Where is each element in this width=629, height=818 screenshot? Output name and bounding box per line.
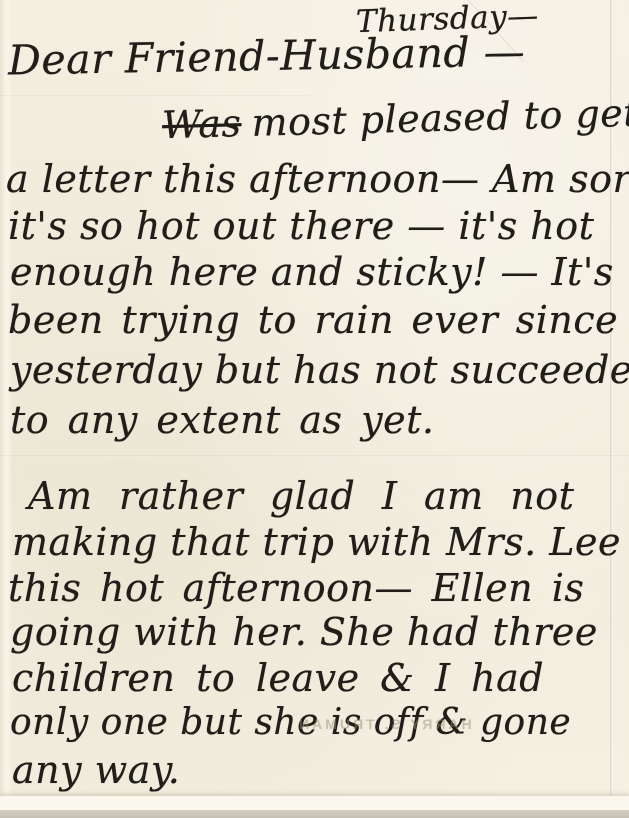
letter-line-text: Am rather glad I am not <box>28 474 574 518</box>
letter-line-text: most pleased to get <box>251 91 629 145</box>
letter-line: been trying to rain ever since <box>8 301 618 339</box>
letter-line: only one but she is off & gone <box>10 705 571 741</box>
letter-line-text: children to leave & I had <box>12 656 544 700</box>
letter-line: enough here and sticky! — It's <box>10 253 614 291</box>
letter-line-text: only one but she is off & gone <box>10 702 571 743</box>
letter-line: making that trip with Mrs. Lee <box>12 523 621 561</box>
letter-line-text: it's so hot out there — it's hot <box>8 204 594 248</box>
letter-line-text: to any extent as yet. <box>10 398 434 442</box>
letter-line-text: any way. <box>12 748 180 792</box>
horizontal-crease-top <box>0 95 310 97</box>
letter-line: Am rather glad I am not <box>28 477 574 515</box>
letter-line: it's so hot out there — it's hot <box>8 207 594 245</box>
letter-line: Wasmost pleased to get <box>162 94 629 144</box>
letter-line: any way. <box>12 751 180 789</box>
letter-line-text: been trying to rain ever since <box>8 298 618 342</box>
paper-bottom-edge <box>0 796 629 810</box>
letter-line-text: this hot afternoon— Ellen is <box>8 566 584 610</box>
struck-word: Was <box>162 101 243 147</box>
letter-line-text: a letter this afternoon— Am sorry <box>6 157 629 201</box>
letter-line-text: yesterday but has not succeeded <box>10 348 629 392</box>
letter-scan: Thursday— Dear Friend-Husband — Wasmost … <box>0 0 629 818</box>
letter-line: going with her. She had three <box>10 613 598 651</box>
bleedthrough-stamp: HARRY S. TRUMAN <box>296 716 472 732</box>
horizontal-fold-crease <box>0 455 629 457</box>
scan-background-strip <box>0 810 629 818</box>
salutation-text: Dear Friend-Husband — <box>8 27 526 84</box>
letter-line: a letter this afternoon— Am sorry <box>6 160 629 198</box>
letter-line: this hot afternoon— Ellen is <box>8 569 584 607</box>
letter-line: to any extent as yet. <box>10 401 434 439</box>
letter-line: yesterday but has not succeeded <box>10 351 629 389</box>
letter-line-text: enough here and sticky! — It's <box>10 250 614 294</box>
salutation-line: Dear Friend-Husband — <box>8 31 526 81</box>
letter-line-text: going with her. She had three <box>10 610 598 654</box>
letter-line-text: making that trip with Mrs. Lee <box>12 520 621 564</box>
letter-line: children to leave & I had <box>12 659 544 697</box>
